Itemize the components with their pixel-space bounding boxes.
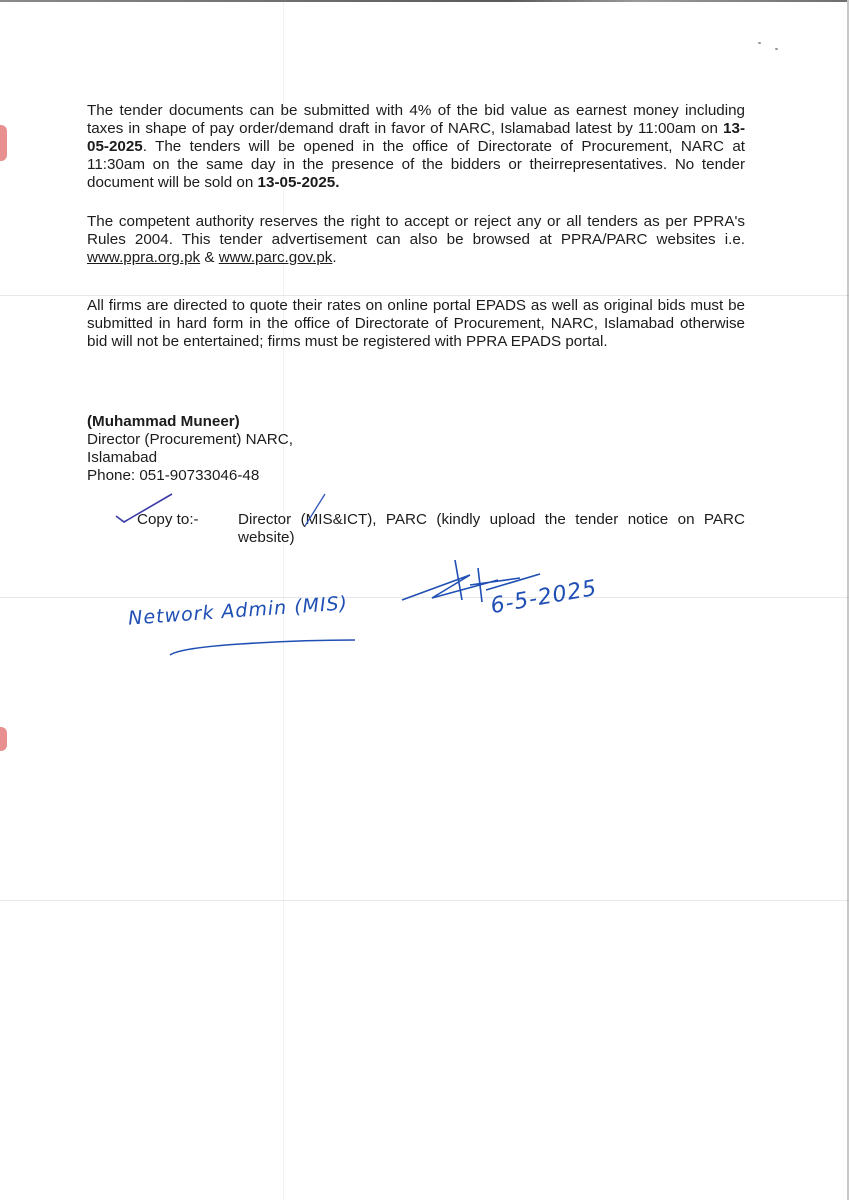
text-segment: . (332, 249, 336, 266)
signatory-designation: Director (Procurement) NARC, (87, 431, 293, 449)
signatory-city: Islamabad (87, 449, 293, 467)
page-top-edge (0, 0, 849, 2)
paragraph-epads: All firms are directed to quote their ra… (87, 297, 745, 351)
red-stamp-mark (0, 125, 7, 161)
copy-to-recipient: Director (MIS&ICT), PARC (kindly upload … (238, 511, 745, 547)
signatory-name: (Muhammad Muneer) (87, 413, 293, 431)
signature-block: (Muhammad Muneer) Director (Procurement)… (87, 413, 293, 485)
ppra-website-link[interactable]: www.ppra.org.pk (87, 249, 200, 266)
text-segment: . The tenders will be opened in the offi… (87, 138, 745, 191)
text-segment: All firms are directed to quote their ra… (87, 297, 745, 350)
scan-smudge (775, 48, 778, 50)
text-segment: The tender documents can be submitted wi… (87, 102, 745, 137)
signatory-phone: Phone: 051-90733046-48 (87, 467, 293, 485)
red-stamp-mark (0, 727, 7, 751)
fold-line (0, 900, 849, 901)
copy-to-label: Copy to:- (137, 511, 199, 529)
text-segment: & (200, 249, 219, 266)
fold-line (0, 597, 849, 598)
underline-stroke (170, 640, 355, 655)
text-segment: The competent authority reserves the rig… (87, 213, 745, 248)
handwritten-date: 6-5-2025 (489, 576, 600, 619)
scan-smudge (758, 42, 761, 44)
paragraph-authority: The competent authority reserves the rig… (87, 213, 745, 267)
parc-website-link[interactable]: www.parc.gov.pk (219, 249, 333, 266)
paragraph-submission: The tender documents can be submitted wi… (87, 102, 745, 192)
fold-line (0, 295, 849, 296)
sale-end-date: 13-05-2025. (258, 174, 340, 191)
